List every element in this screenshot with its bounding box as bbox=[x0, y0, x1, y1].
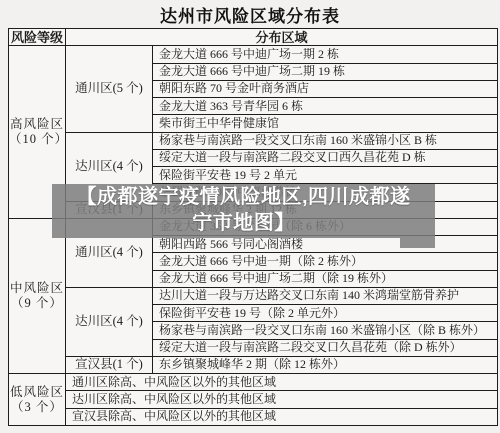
page-title: 达州市风险区域分布表 bbox=[0, 2, 500, 27]
table-row: 达川区除高、中风险区以外的其他区域 bbox=[9, 391, 498, 408]
area-cell: 杨家巷与南滨路一段交叉口东南 160 米盛锦小区 B 栋 bbox=[153, 132, 498, 149]
area-cell: 宣汉县除高、中风险区以外的其他区域 bbox=[66, 408, 498, 426]
risk-level-low: 低风险区 （3 个） bbox=[9, 374, 66, 426]
area-cell: 绥定大道一段与南滨路二段交叉口西久昌花苑 D 栋 bbox=[153, 149, 498, 166]
area-cell: 柴市街王中华骨健康馆 bbox=[153, 115, 498, 132]
area-cell: 金龙大道 666 号中迪一期（除 2 栋外） bbox=[153, 253, 498, 270]
area-cell: 通川区除高、中风险区以外的其他区域 bbox=[66, 374, 498, 391]
area-cell: 金龙大道 666 号中迪广场二期 19 栋 bbox=[153, 63, 498, 80]
area-cell: 金龙大道 666 号中迪广场二期（除 19 栋外） bbox=[153, 270, 498, 287]
table-row: 达川区(4 个) 杨家巷与南滨路一段交叉口东南 160 米盛锦小区 B 栋 bbox=[9, 132, 498, 149]
header-distribution: 分布区域 bbox=[66, 29, 498, 46]
table-row: 高风险区 （10 个） 通川区(5 个) 金龙大道 666 号中迪广场一期 2 … bbox=[9, 46, 498, 63]
area-cell: 绥定大道一段与南滨路二段交叉口久昌花苑（除 D 栋外） bbox=[153, 339, 498, 356]
risk-level-medium: 中风险区 （9 个） bbox=[9, 218, 66, 373]
area-cell: 杨家巷与南滨路一段交叉口东南 160 米盛锦小区（除 B 栋外） bbox=[153, 322, 498, 339]
area-cell: 保险街平安巷 19 号 2 单元 bbox=[153, 167, 498, 184]
watermark-caption-tail bbox=[400, 238, 435, 248]
watermark-caption-line1: 【成都遂宁疫情风险地区,四川成都遂 bbox=[52, 184, 435, 210]
district-tongchuan-high: 通川区(5 个) bbox=[66, 46, 153, 132]
area-cell: 金龙大道 666 号中迪广场一期 2 栋 bbox=[153, 46, 498, 63]
area-cell: 朝阳东路 70 号金叶商务酒店 bbox=[153, 80, 498, 97]
area-cell: 金龙大道 363 号青华园 6 栋 bbox=[153, 98, 498, 115]
area-cell: 保险街平安巷 19 号（除 2 单元外） bbox=[153, 305, 498, 322]
area-cell: 东乡镇聚城峰华 2 期（除 12 栋外） bbox=[153, 356, 498, 373]
area-cell: 达川大道一段与万达路交叉口东南 140 米鸿瑞堂筋骨养护 bbox=[153, 287, 498, 304]
district-dachuan-medium: 达川区(4 个) bbox=[66, 287, 153, 356]
area-cell: 朝阳西路 566 号同心阁酒楼 bbox=[153, 236, 498, 253]
district-xuanhan-medium: 宣汉县(1 个) bbox=[66, 356, 153, 373]
table-row: 低风险区 （3 个） 通川区除高、中风险区以外的其他区域 bbox=[9, 374, 498, 391]
table-header-row: 风险等级 分布区域 bbox=[9, 29, 498, 46]
header-risk-level: 风险等级 bbox=[9, 29, 66, 46]
watermark-caption-overlay: 【成都遂宁疫情风险地区,四川成都遂 宁市地图】 bbox=[52, 184, 435, 238]
table-row: 达川区(4 个) 达川大道一段与万达路交叉口东南 140 米鸿瑞堂筋骨养护 bbox=[9, 287, 498, 304]
area-cell: 达川区除高、中风险区以外的其他区域 bbox=[66, 391, 498, 408]
watermark-caption-line2: 宁市地图】 bbox=[52, 210, 435, 236]
table-row: 宣汉县(1 个) 东乡镇聚城峰华 2 期（除 12 栋外） bbox=[9, 356, 498, 373]
table-row: 宣汉县除高、中风险区以外的其他区域 bbox=[9, 408, 498, 426]
